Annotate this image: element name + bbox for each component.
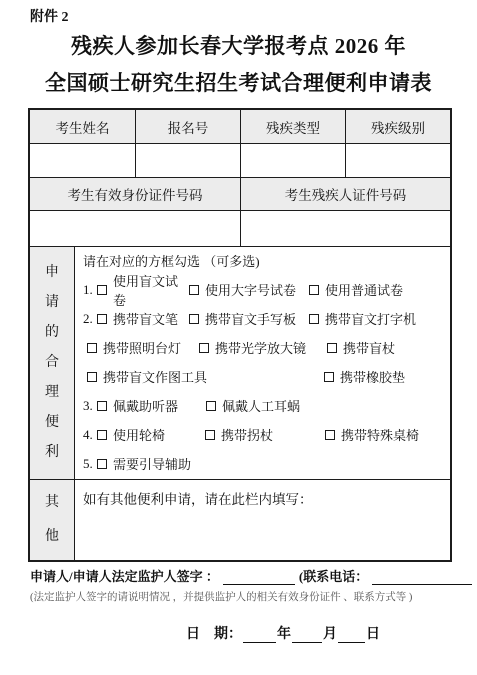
- other-content: 如有其他便利申请，请在此栏内填写：: [74, 480, 450, 560]
- fill-row-id-numbers: [30, 210, 450, 246]
- line-number: 1.: [83, 282, 97, 298]
- facility-option: 4. 使用轮椅: [83, 425, 205, 444]
- other-prompt-text: 如有其他便利申请，请在此栏内填写：: [83, 488, 446, 508]
- document-page: 附件 2 残疾人参加长春大学报考点 2026 年 全国硕士研究生招生考试合理便利…: [0, 0, 477, 675]
- checkbox-icon: [206, 401, 216, 411]
- guardian-note: (法定监护人签字的请说明情况 ，并提供监护人的相关有效身份证件 、联系方式等 ): [30, 589, 412, 604]
- facility-line-4: 4. 使用轮椅 携带拐杖 携带特殊桌椅: [83, 420, 446, 449]
- checkbox-icon: [97, 459, 107, 469]
- facility-option: 使用大字号试卷: [189, 280, 309, 299]
- date-blank-month: [292, 629, 322, 643]
- facilities-content: 请在对应的方框勾选 （可多选) 1. 使用盲文试卷 使用大字号试卷 使用普通试卷: [74, 247, 450, 479]
- facility-option-label: 携带特殊桌椅: [341, 425, 419, 444]
- facility-line-3: 3. 佩戴助听器 佩戴人工耳蜗: [83, 391, 446, 420]
- facility-option: 携带橡胶垫: [324, 367, 405, 386]
- checkbox-icon: [87, 343, 97, 353]
- day-label: 日: [366, 627, 380, 642]
- year-label: 年: [277, 627, 291, 642]
- date-blank-year: [243, 629, 276, 643]
- phone-label: (联系电话：: [299, 569, 368, 584]
- facility-option-label: 携带照明台灯: [103, 338, 181, 357]
- checkbox-icon: [327, 343, 337, 353]
- checkbox-icon: [97, 314, 107, 324]
- application-table: 考生姓名 报名号 残疾类型 残疾级别 考生有效身份证件号码 考生残疾人证件号码 …: [28, 108, 452, 562]
- form-title: 残疾人参加长春大学报考点 2026 年 全国硕士研究生招生考试合理便利申请表: [0, 28, 477, 102]
- facility-option: 携带盲杖: [327, 338, 395, 357]
- facility-option: 携带盲文手写板: [189, 309, 309, 328]
- facility-option-label: 携带盲杖: [343, 338, 395, 357]
- checkbox-icon: [309, 314, 319, 324]
- date-label: 日 期：: [186, 627, 242, 642]
- checkbox-icon: [205, 430, 215, 440]
- checkbox-icon: [87, 372, 97, 382]
- facility-option: 携带拐杖: [205, 425, 325, 444]
- facility-option: 使用普通试卷: [309, 280, 403, 299]
- month-label: 月: [323, 627, 337, 642]
- facility-option: 2. 携带盲文笔: [83, 309, 189, 328]
- facility-option: 携带盲文作图工具: [87, 367, 324, 386]
- input-cell-candidate-name: [30, 144, 135, 177]
- checkbox-icon: [199, 343, 209, 353]
- input-cell-id-number: [30, 211, 240, 246]
- checkbox-icon: [189, 314, 199, 324]
- facility-option: 携带照明台灯: [87, 338, 199, 357]
- input-cell-disability-type: [240, 144, 345, 177]
- input-cell-disability-level: [345, 144, 450, 177]
- facility-option-label: 携带盲文手写板: [205, 309, 296, 328]
- input-cell-registration-number: [135, 144, 240, 177]
- checkbox-icon: [97, 430, 107, 440]
- other-row: 其他 如有其他便利申请，请在此栏内填写：: [30, 479, 450, 560]
- line-number: 2.: [83, 311, 97, 327]
- facility-option-label: 携带盲文打字机: [325, 309, 416, 328]
- checkbox-icon: [309, 285, 319, 295]
- facility-option: 携带光学放大镜: [199, 338, 327, 357]
- facility-option: 佩戴人工耳蜗: [206, 396, 300, 415]
- facility-option-label: 使用普通试卷: [325, 280, 403, 299]
- header-cell-disability-cert-number: 考生残疾人证件号码: [240, 178, 450, 210]
- facility-option-label: 佩戴人工耳蜗: [222, 396, 300, 415]
- facility-option: 1. 使用盲文试卷: [83, 271, 189, 309]
- facility-option-label: 携带盲文作图工具: [103, 367, 207, 386]
- facility-line-2: 2. 携带盲文笔 携带盲文手写板 携带盲文打字机: [83, 304, 446, 333]
- line-number: 5.: [83, 456, 97, 472]
- header-cell-id-number: 考生有效身份证件号码: [30, 178, 240, 210]
- input-cell-disability-cert-number: [240, 211, 450, 246]
- facility-option-label: 佩戴助听器: [113, 396, 178, 415]
- header-cell-candidate-name: 考生姓名: [30, 110, 135, 143]
- facility-option-label: 使用盲文试卷: [113, 271, 189, 309]
- header-cell-registration-number: 报名号: [135, 110, 240, 143]
- signature-label: 申请人/申请人法定监护人签字 ：: [30, 569, 219, 584]
- form-title-line2: 全国硕士研究生招生考试合理便利申请表: [0, 65, 477, 102]
- line-number: 3.: [83, 398, 97, 414]
- checkbox-icon: [97, 401, 107, 411]
- other-row-label: 其他: [30, 480, 74, 560]
- attachment-label: 附件 2: [30, 6, 69, 26]
- signature-blank: [223, 571, 295, 585]
- facility-line-5: 5. 需要引导辅助: [83, 449, 446, 478]
- form-title-line1: 残疾人参加长春大学报考点 2026 年: [0, 28, 477, 65]
- header-cell-disability-level: 残疾级别: [345, 110, 450, 143]
- facility-line-1: 1. 使用盲文试卷 使用大字号试卷 使用普通试卷: [83, 275, 446, 304]
- line-number: 4.: [83, 427, 97, 443]
- fill-row-basic-info: [30, 143, 450, 177]
- facility-option-label: 使用轮椅: [113, 425, 165, 444]
- facilities-row-label: 申请的合理便利: [30, 247, 74, 479]
- facility-option-label: 携带橡胶垫: [340, 367, 405, 386]
- facilities-label-text: 申请的合理便利: [44, 258, 60, 468]
- signature-line: 申请人/申请人法定监护人签字 ：(联系电话： ): [30, 566, 477, 585]
- facility-line-2b: 携带照明台灯 携带光学放大镜 携带盲杖: [83, 333, 446, 362]
- facility-option-label: 携带盲文笔: [113, 309, 178, 328]
- facility-option: 携带盲文打字机: [309, 309, 416, 328]
- other-label-text: 其他: [44, 486, 60, 554]
- table-header-row: 考生姓名 报名号 残疾类型 残疾级别: [30, 110, 450, 143]
- facility-option-label: 携带拐杖: [221, 425, 273, 444]
- facility-option-label: 使用大字号试卷: [205, 280, 296, 299]
- checkbox-icon: [324, 372, 334, 382]
- facilities-row: 申请的合理便利 请在对应的方框勾选 （可多选) 1. 使用盲文试卷 使用大字号试…: [30, 246, 450, 479]
- facility-option-label: 携带光学放大镜: [215, 338, 306, 357]
- checkbox-icon: [189, 285, 199, 295]
- facility-option: 5. 需要引导辅助: [83, 454, 206, 473]
- date-blank-day: [338, 629, 365, 643]
- checkbox-icon: [325, 430, 335, 440]
- facility-line-2c: 携带盲文作图工具 携带橡胶垫: [83, 362, 446, 391]
- facility-option: 3. 佩戴助听器: [83, 396, 206, 415]
- phone-blank: [372, 571, 472, 585]
- header-cell-disability-type: 残疾类型: [240, 110, 345, 143]
- checkbox-icon: [97, 285, 107, 295]
- facility-option: 携带特殊桌椅: [325, 425, 419, 444]
- table-id-header-row: 考生有效身份证件号码 考生残疾人证件号码: [30, 177, 450, 210]
- date-line: 日 期：年月日: [186, 623, 380, 643]
- facility-option-label: 需要引导辅助: [113, 454, 191, 473]
